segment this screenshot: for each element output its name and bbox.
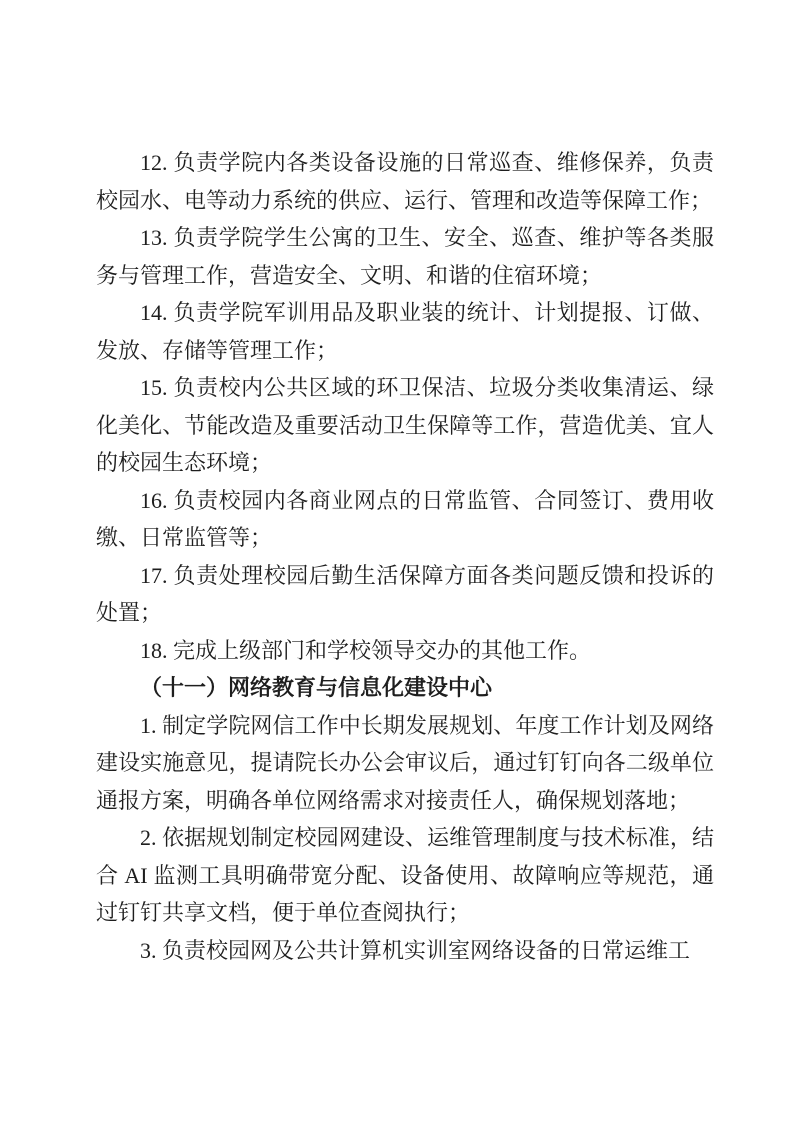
clause-15: 15. 负责校内公共区域的环卫保洁、垃圾分类收集清运、绿化美化、节能改造及重要活… — [96, 369, 714, 482]
document-body: 12. 负责学院内各类设备设施的日常巡查、维修保养，负责校园水、电等动力系统的供… — [96, 144, 714, 969]
clause-16: 16. 负责校园内各商业网点的日常监管、合同签订、费用收缴、日常监管等； — [96, 482, 714, 557]
clause-13: 13. 负责学院学生公寓的卫生、安全、巡查、维护等各类服务与管理工作，营造安全、… — [96, 219, 714, 294]
clause-1: 1. 制定学院网信工作中长期发展规划、年度工作计划及网络建设实施意见，提请院长办… — [96, 707, 714, 820]
document-page: 12. 负责学院内各类设备设施的日常巡查、维修保养，负责校园水、电等动力系统的供… — [0, 0, 793, 1122]
clause-17: 17. 负责处理校园后勤生活保障方面各类问题反馈和投诉的处置； — [96, 557, 714, 632]
clause-12: 12. 负责学院内各类设备设施的日常巡查、维修保养，负责校园水、电等动力系统的供… — [96, 144, 714, 219]
clause-18: 18. 完成上级部门和学校领导交办的其他工作。 — [96, 632, 714, 670]
clause-2: 2. 依据规划制定校园网建设、运维管理制度与技术标准，结合 AI 监测工具明确带… — [96, 819, 714, 932]
clause-14: 14. 负责学院军训用品及职业装的统计、计划提报、订做、发放、存储等管理工作； — [96, 294, 714, 369]
clause-3: 3. 负责校园网及公共计算机实训室网络设备的日常运维工 — [96, 932, 714, 970]
section-heading: （十一）网络教育与信息化建设中心 — [96, 669, 714, 707]
